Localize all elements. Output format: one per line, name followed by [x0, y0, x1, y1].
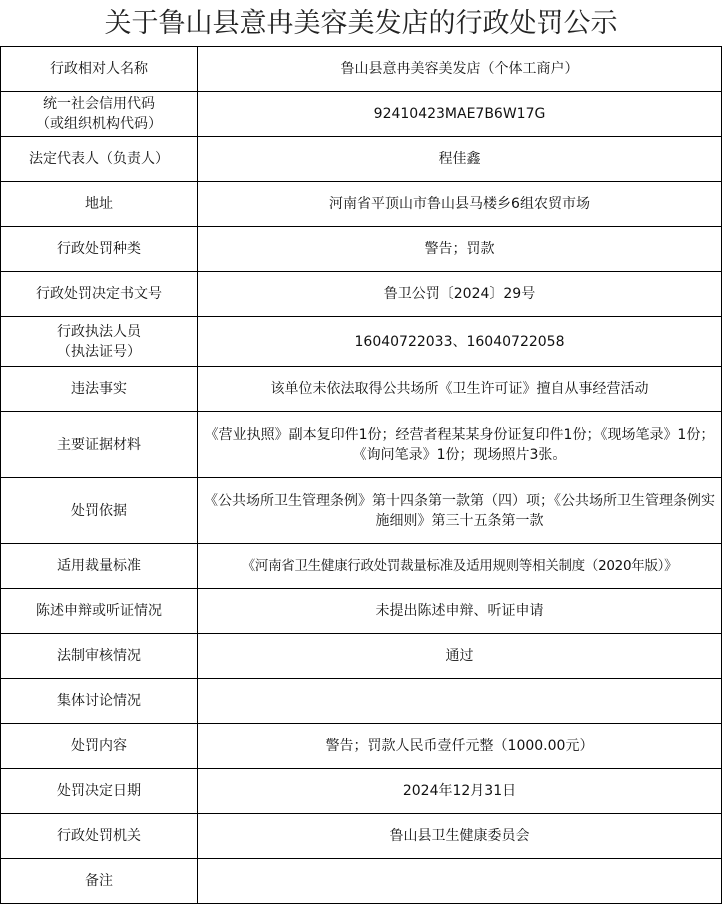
label-text: 法制审核情况 — [7, 646, 191, 666]
row-label: 地址 — [1, 182, 198, 227]
label-text: （执法证号） — [7, 342, 191, 362]
label-text: 行政处罚种类 — [7, 239, 191, 259]
table-row-decision-date: 处罚决定日期 2024年12月31日 — [1, 769, 722, 814]
row-value: 92410423MAE7B6W17G — [198, 92, 722, 137]
table-row-address: 地址 河南省平顶山市鲁山县马楼乡6组农贸市场 — [1, 182, 722, 227]
row-label: 行政处罚种类 — [1, 227, 198, 272]
row-value: 16040722033、16040722058 — [198, 317, 722, 367]
label-text: 处罚决定日期 — [7, 781, 191, 801]
table-row-collective-discussion: 集体讨论情况 — [1, 679, 722, 724]
table-row-hearing: 陈述申辩或听证情况 未提出陈述申辩、听证申请 — [1, 589, 722, 634]
label-text: 行政处罚机关 — [7, 826, 191, 846]
table-row-evidence: 主要证据材料 《营业执照》副本复印件1份；经营者程某某身份证复印件1份；《现场笔… — [1, 412, 722, 478]
label-text: 适用裁量标准 — [7, 556, 191, 576]
table-row-penalty-type: 行政处罚种类 警告；罚款 — [1, 227, 722, 272]
row-label: 主要证据材料 — [1, 412, 198, 478]
table-row-violation-facts: 违法事实 该单位未依法取得公共场所《卫生许可证》擅自从事经营活动 — [1, 367, 722, 412]
penalty-notice-table: 行政相对人名称 鲁山县意冉美容美发店（个体工商户） 统一社会信用代码（或组织机构… — [0, 46, 722, 904]
label-text: 处罚依据 — [7, 501, 191, 521]
row-label: 陈述申辩或听证情况 — [1, 589, 198, 634]
label-text: 违法事实 — [7, 379, 191, 399]
label-text: 行政相对人名称 — [7, 59, 191, 79]
table-row-authority: 行政处罚机关 鲁山县卫生健康委员会 — [1, 814, 722, 859]
table-row-discretion-standard: 适用裁量标准 《河南省卫生健康行政处罚裁量标准及适用规则等相关制度（2020年版… — [1, 544, 722, 589]
row-value: 警告；罚款 — [198, 227, 722, 272]
row-value — [198, 859, 722, 904]
row-label: 行政相对人名称 — [1, 47, 198, 92]
row-value: 《公共场所卫生管理条例》第十四条第一款第（四）项；《公共场所卫生管理条例实施细则… — [198, 478, 722, 544]
table-row-penalty-content: 处罚内容 警告；罚款人民币壹仟元整（1000.00元） — [1, 724, 722, 769]
row-value: 通过 — [198, 634, 722, 679]
row-label: 备注 — [1, 859, 198, 904]
row-label: 集体讨论情况 — [1, 679, 198, 724]
label-text: 集体讨论情况 — [7, 691, 191, 711]
label-text: 法定代表人（负责人） — [7, 149, 191, 169]
label-text: 行政执法人员 — [7, 322, 191, 342]
row-label: 处罚依据 — [1, 478, 198, 544]
row-value: 警告；罚款人民币壹仟元整（1000.00元） — [198, 724, 722, 769]
row-value: 程佳鑫 — [198, 137, 722, 182]
label-text: 统一社会信用代码 — [7, 94, 191, 114]
table-row-legal-basis: 处罚依据 《公共场所卫生管理条例》第十四条第一款第（四）项；《公共场所卫生管理条… — [1, 478, 722, 544]
label-text: （或组织机构代码） — [7, 114, 191, 134]
row-value: 2024年12月31日 — [198, 769, 722, 814]
table-row-legal-representative: 法定代表人（负责人） 程佳鑫 — [1, 137, 722, 182]
label-text: 备注 — [7, 871, 191, 891]
row-value: 鲁山县卫生健康委员会 — [198, 814, 722, 859]
row-label: 行政处罚决定书文号 — [1, 272, 198, 317]
table-row-enforcement-officers: 行政执法人员（执法证号） 16040722033、16040722058 — [1, 317, 722, 367]
row-label: 法定代表人（负责人） — [1, 137, 198, 182]
row-value: 河南省平顶山市鲁山县马楼乡6组农贸市场 — [198, 182, 722, 227]
row-label: 统一社会信用代码（或组织机构代码） — [1, 92, 198, 137]
table-row-remarks: 备注 — [1, 859, 722, 904]
row-label: 处罚内容 — [1, 724, 198, 769]
row-value — [198, 679, 722, 724]
table-row-credit-code: 统一社会信用代码（或组织机构代码） 92410423MAE7B6W17G — [1, 92, 722, 137]
label-text: 陈述申辩或听证情况 — [7, 601, 191, 621]
table-row-party-name: 行政相对人名称 鲁山县意冉美容美发店（个体工商户） — [1, 47, 722, 92]
row-value: 鲁山县意冉美容美发店（个体工商户） — [198, 47, 722, 92]
table-row-decision-number: 行政处罚决定书文号 鲁卫公罚〔2024〕29号 — [1, 272, 722, 317]
row-value: 《营业执照》副本复印件1份；经营者程某某身份证复印件1份；《现场笔录》1份；《询… — [198, 412, 722, 478]
label-text: 处罚内容 — [7, 736, 191, 756]
row-value: 鲁卫公罚〔2024〕29号 — [198, 272, 722, 317]
row-label: 法制审核情况 — [1, 634, 198, 679]
label-text: 地址 — [7, 194, 191, 214]
row-label: 违法事实 — [1, 367, 198, 412]
table-row-legal-review: 法制审核情况 通过 — [1, 634, 722, 679]
row-label: 行政处罚机关 — [1, 814, 198, 859]
row-label: 适用裁量标准 — [1, 544, 198, 589]
row-label: 行政执法人员（执法证号） — [1, 317, 198, 367]
row-value: 《河南省卫生健康行政处罚裁量标准及适用规则等相关制度（2020年版）》 — [198, 544, 722, 589]
label-text: 主要证据材料 — [7, 435, 191, 455]
label-text: 行政处罚决定书文号 — [7, 284, 191, 304]
page-title: 关于鲁山县意冉美容美发店的行政处罚公示 — [0, 0, 722, 46]
row-value: 该单位未依法取得公共场所《卫生许可证》擅自从事经营活动 — [198, 367, 722, 412]
row-label: 处罚决定日期 — [1, 769, 198, 814]
row-value: 未提出陈述申辩、听证申请 — [198, 589, 722, 634]
